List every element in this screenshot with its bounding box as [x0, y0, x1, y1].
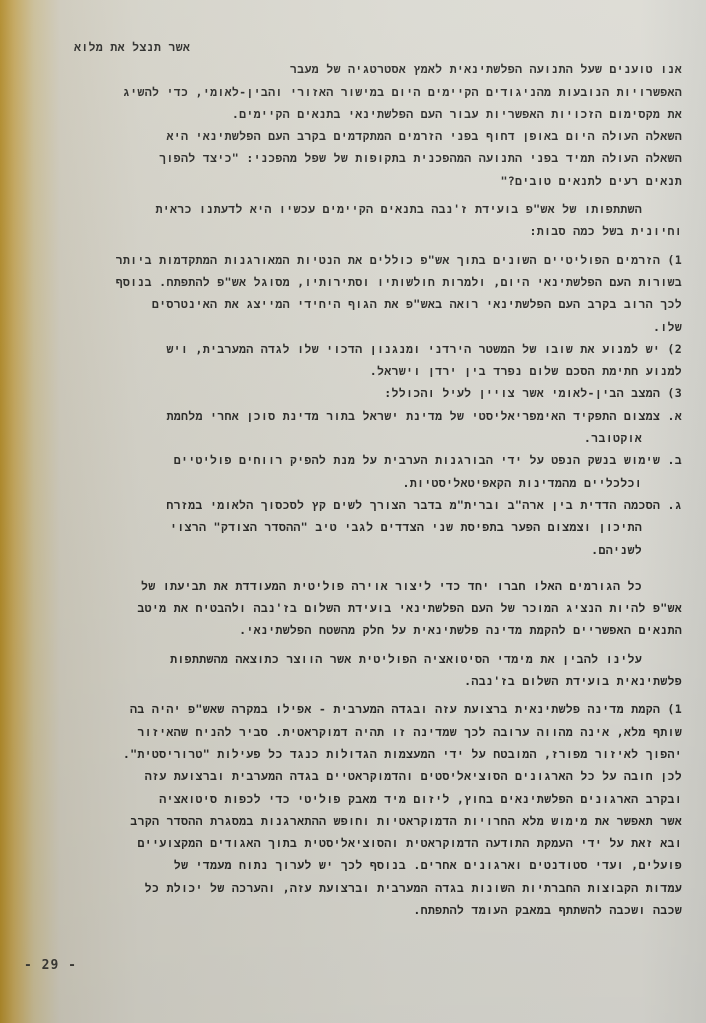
text-line: אוקטובר. [74, 427, 682, 449]
scanned-document-page: אשר תנצל את מלואאנו טוענים שעל התנועה הפ… [0, 0, 706, 1023]
text-line: כל הגורמים האלו חברו יחד כדי ליצור אוירה… [74, 575, 682, 597]
text-line: אנו טוענים שעל התנועה הפלשתינאית לאמץ אס… [74, 58, 682, 80]
text-line: לשניהם. [74, 539, 682, 561]
text-line: עמדות הקבוצות החברתיות השונות בגדה המערב… [74, 877, 682, 899]
text-line: א. צמצום התפקיד האימפריאליסטי של מדינת י… [74, 405, 682, 427]
text-line: תנאים רעים לתנאים טובים?" [74, 170, 682, 192]
text-line: 3) המצב הבין-לאומי אשר צויין לעיל והכולל… [74, 382, 682, 404]
text-line: לכך הרוב בקרב העם הפלשתינאי רואה באש"פ א… [74, 293, 682, 315]
text-line: התנאים האפשריים להקמת מדינה פלשתינאית על… [74, 619, 682, 641]
document-body: אשר תנצל את מלואאנו טוענים שעל התנועה הפ… [74, 36, 682, 921]
text-line: 1) הזרמים הפוליטיים השונים בתוך אש"פ כול… [74, 249, 682, 271]
text-line: למנוע חתימת הסכם שלום נפרד בין ירדן וישר… [74, 360, 682, 382]
text-line: יהפוך לאיזור מפורז, המובטח על ידי המעצמו… [74, 743, 682, 765]
paragraph-gap [74, 561, 682, 575]
text-line: התיכון וצמצום הפער בתפיסת שני הצדדים לגב… [74, 516, 682, 538]
text-line: את מקסימום הזכויות האפשריות עבור העם הפל… [74, 103, 682, 125]
text-line: שותף מלא, אינה מהווה ערובה לכך שמדינה זו… [74, 721, 682, 743]
text-line: 1) הקמת מדינה פלשתינאית ברצועת עזה ובגדה… [74, 698, 682, 720]
text-line: שלו. [74, 316, 682, 338]
text-line: ב. שימוש בנשק הנפט על ידי הבורגנות הערבי… [74, 449, 682, 471]
page-number: - 29 - [24, 958, 77, 973]
text-line: עלינו להבין את מימדי הסיטואציה הפוליטית … [74, 648, 682, 670]
text-line: אשר תאפשר את מימוש מלא החרויות הדמוקראטי… [74, 810, 682, 832]
text-line: השאלה העולה תמיד בפני התנועה המהפכנית בת… [74, 147, 682, 169]
text-line: פועלים, ועדי סטודנטים וארגונים אחרים. בנ… [74, 854, 682, 876]
text-line: השתתפותו של אש"פ בועידת ז'נבה בתנאים הקי… [74, 198, 682, 220]
text-line: ובא זאת על ידי העמקת התודעה הדמוקראטית ו… [74, 832, 682, 854]
text-line: 2) יש למנוע את שובו של המשטר הירדני ומנג… [74, 338, 682, 360]
text-line: פלשתינאית בועידת השלום בז'נבה. [74, 670, 682, 692]
text-line: וכלכליים מהמדינות הקאפיטאליסטיות. [74, 472, 682, 494]
text-line: השאלה העולה היום באופן דחוף בפני הזרמים … [74, 125, 682, 147]
text-line: ובקרב הארגונים הפלשתינאים בחוץ, ליזום מי… [74, 788, 682, 810]
text-line: וחיונית בשל כמה סבות: [74, 220, 682, 242]
text-line: ג. הסכמה הדדית בין ארה"ב וברית"מ בדבר הצ… [74, 494, 682, 516]
text-line: אשר תנצל את מלוא [74, 36, 682, 58]
text-line: בשורות העם הפלשתינאי היום, ולמרות חולשות… [74, 271, 682, 293]
text-line: אש"פ להיות הנציג המוכר של העם הפלשתינאי … [74, 597, 682, 619]
text-line: לכן חובה על כל הארגונים הסוציאליסטים והד… [74, 765, 682, 787]
text-line: שכבה ושכבה להשתתף במאבק העומד להתפתח. [74, 899, 682, 921]
text-line: האפשרויות הנובעות מהניגודים הקיימים היום… [74, 81, 682, 103]
